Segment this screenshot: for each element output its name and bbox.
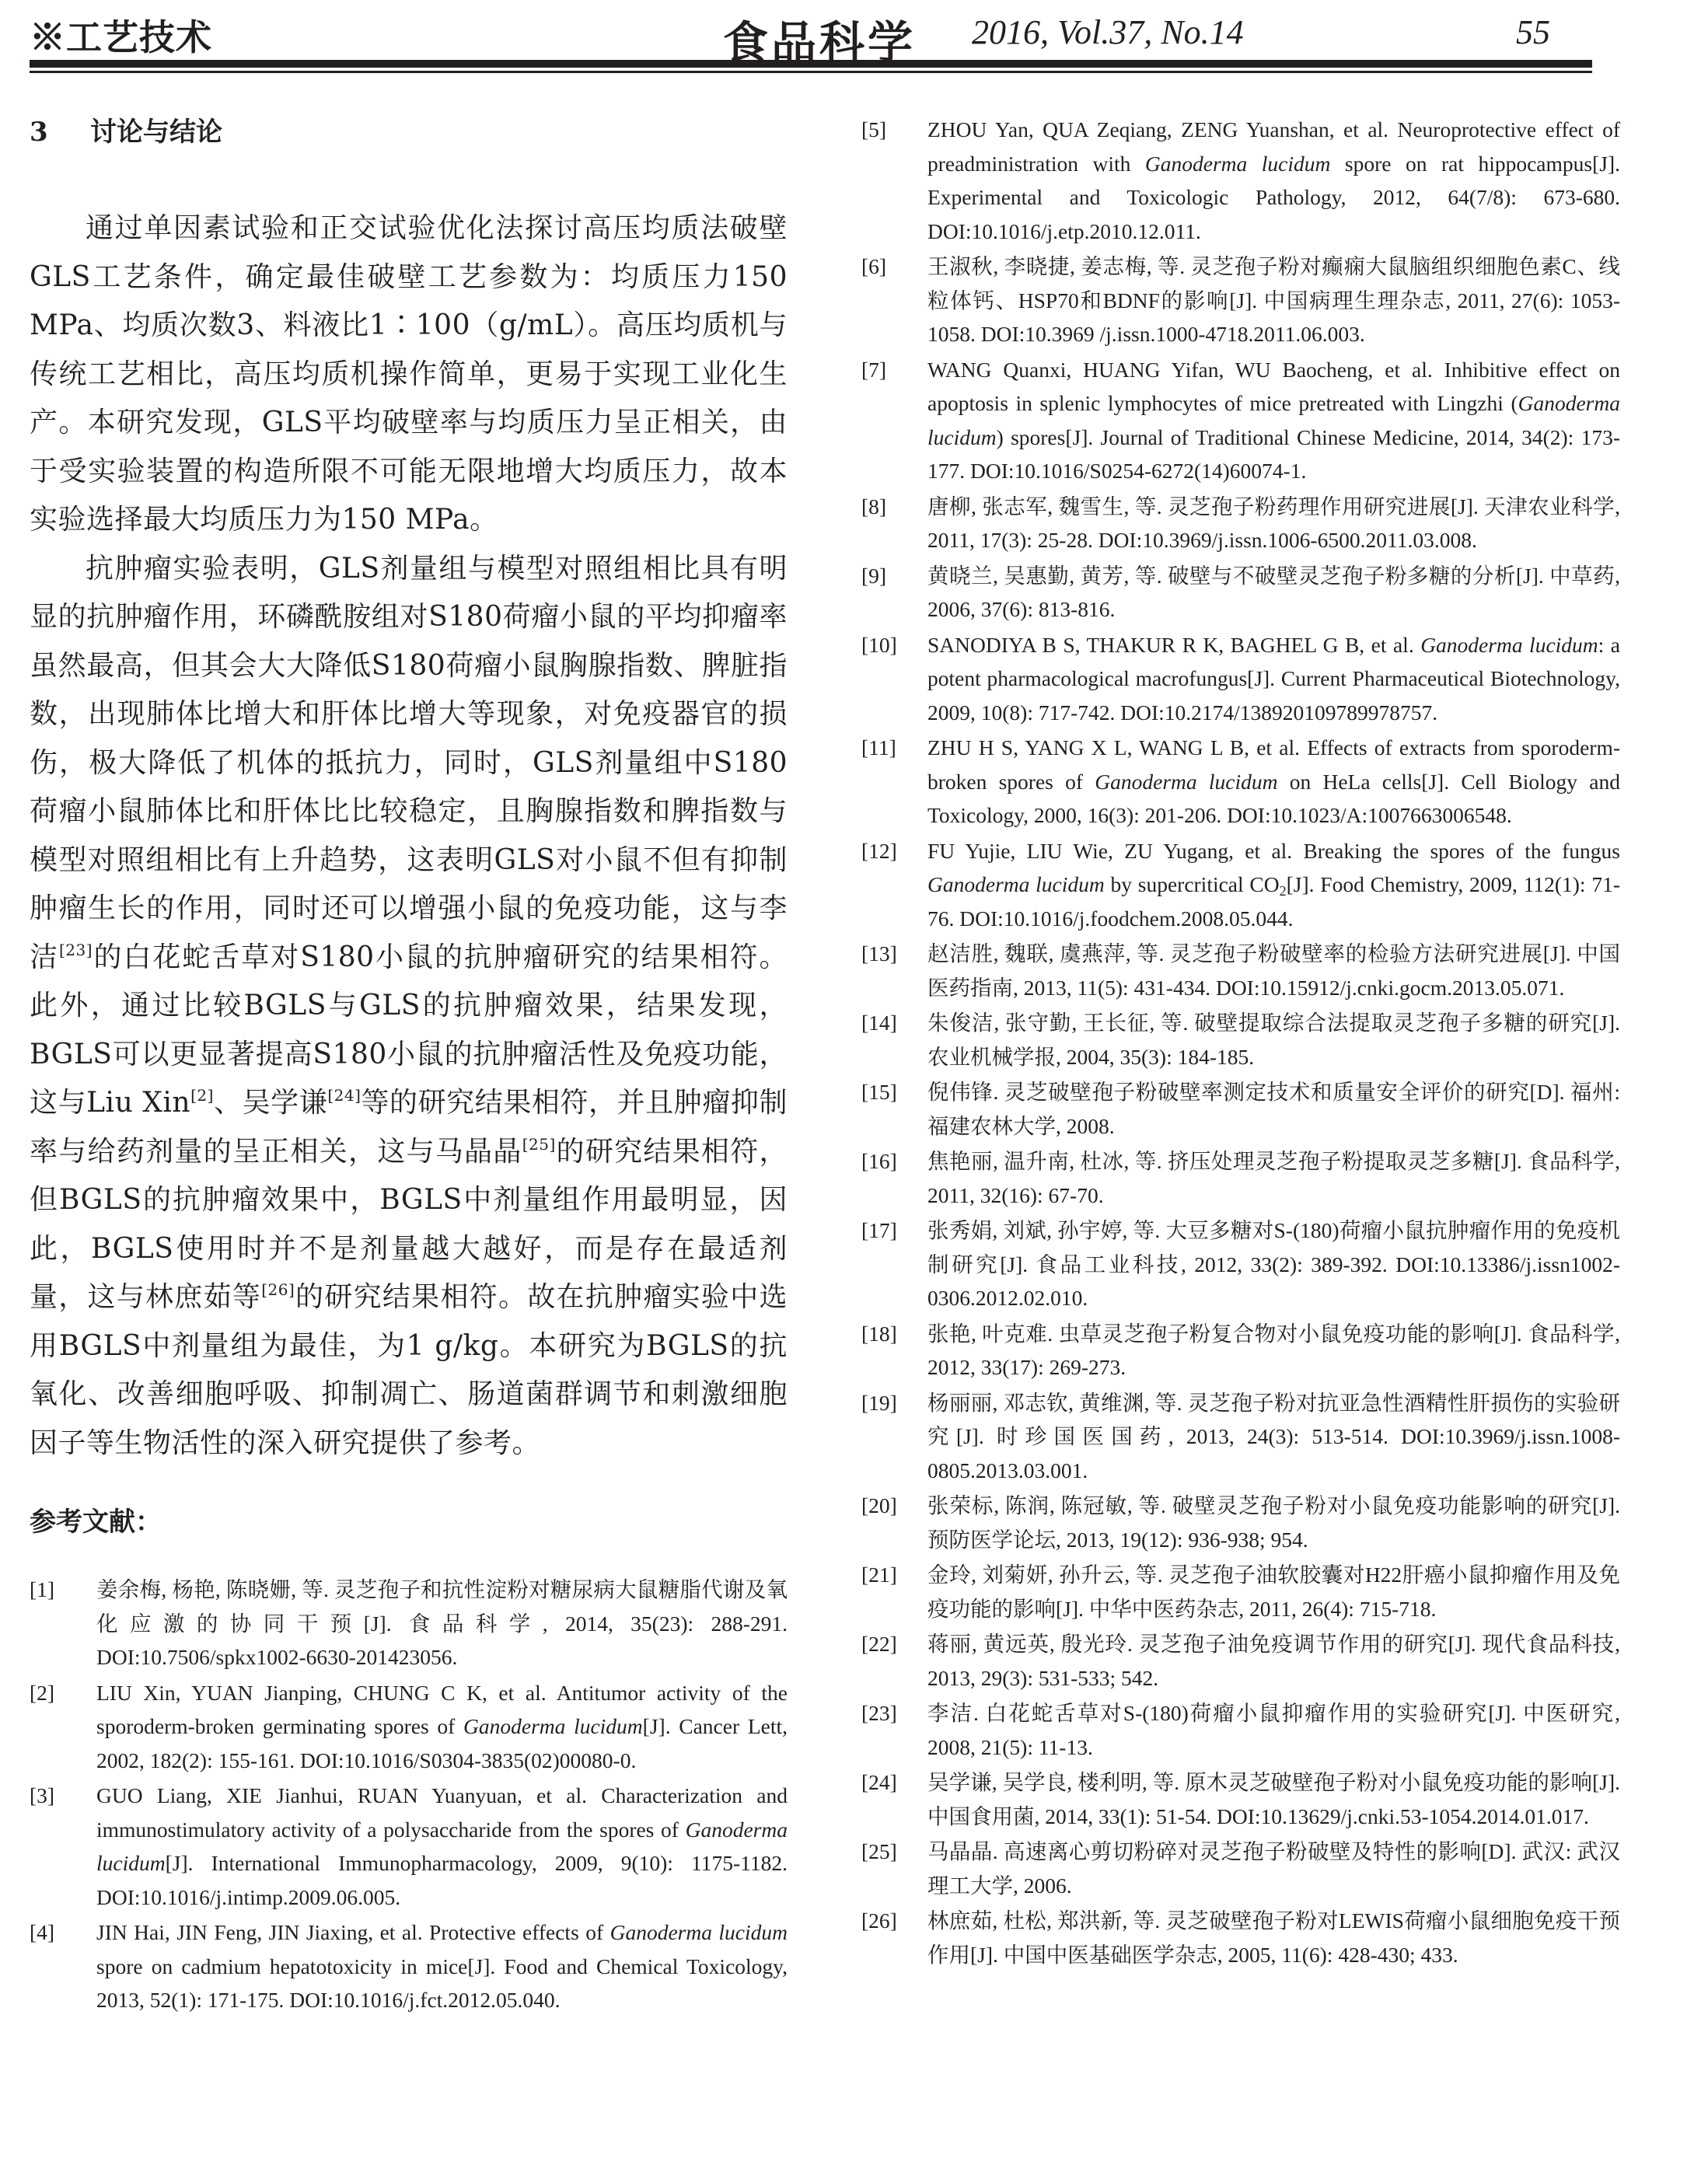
reference-item: [22]蒋丽, 黄远英, 殷光玲. 灵芝孢子油免疫调节作用的研究[J]. 现代食… [861, 1627, 1620, 1695]
reference-item: [18]张艳, 叶克难. 虫草灵芝孢子粉复合物对小鼠免疫功能的影响[J]. 食品… [861, 1317, 1620, 1385]
reference-number: [12] [861, 834, 927, 936]
reference-item: [19]杨丽丽, 邓志钦, 黄维渊, 等. 灵芝孢子粉对抗亚急性酒精性肝损伤的实… [861, 1386, 1620, 1488]
header-rule-thick [30, 60, 1592, 68]
reference-item: [5]ZHOU Yan, QUA Zeqiang, ZENG Yuanshan,… [861, 113, 1620, 248]
right-column: [5]ZHOU Yan, QUA Zeqiang, ZENG Yuanshan,… [861, 113, 1620, 1973]
paragraph-1: 通过单因素试验和正交试验优化法探讨高压均质法破壁GLS工艺条件，确定最佳破壁工艺… [30, 204, 788, 545]
reference-number: [7] [861, 353, 927, 488]
species-name: Ganoderma lucidum [1095, 770, 1277, 794]
reference-segment: WANG Quanxi, HUANG Yifan, WU Baocheng, e… [927, 358, 1620, 416]
species-name: Ganoderma lucidum [463, 1714, 643, 1738]
reference-segment: 林庶茹, 杜松, 郑洪新, 等. 灵芝破壁孢子粉对LEWIS荷瘤小鼠细胞免疫干预… [927, 1908, 1620, 1967]
reference-item: [4]JIN Hai, JIN Feng, JIN Jiaxing, et al… [30, 1915, 788, 2017]
reference-segment: 吴学谦, 吴学良, 楼利明, 等. 原木灵芝破壁孢子粉对小鼠免疫功能的影响[J]… [927, 1770, 1620, 1828]
reference-item: [2]LIU Xin, YUAN Jianping, CHUNG C K, et… [30, 1676, 788, 1778]
reference-text: JIN Hai, JIN Feng, JIN Jiaxing, et al. P… [96, 1915, 788, 2017]
reference-segment: 朱俊洁, 张守勤, 王长征, 等. 破壁提取综合法提取灵芝孢子多糖的研究[J].… [927, 1011, 1620, 1069]
reference-number: [2] [30, 1676, 96, 1778]
reference-number: [23] [861, 1696, 927, 1764]
reference-segment: 王淑秋, 李晓捷, 姜志梅, 等. 灵芝孢子粉对癫痫大鼠脑组织细胞色素C、线粒体… [927, 254, 1620, 346]
reference-item: [25]马晶晶. 高速离心剪切粉碎对灵芝孢子粉破壁及特性的影响[D]. 武汉: … [861, 1835, 1620, 1902]
reference-item: [24]吴学谦, 吴学良, 楼利明, 等. 原木灵芝破壁孢子粉对小鼠免疫功能的影… [861, 1765, 1620, 1833]
reference-item: [6]王淑秋, 李晓捷, 姜志梅, 等. 灵芝孢子粉对癫痫大鼠脑组织细胞色素C、… [861, 250, 1620, 351]
section-label: ※工艺技术 [30, 9, 212, 61]
reference-number: [10] [861, 628, 927, 730]
reference-segment: 焦艳丽, 温升南, 杜冰, 等. 挤压处理灵芝孢子粉提取灵芝多糖[J]. 食品科… [927, 1149, 1620, 1207]
reference-item: [16]焦艳丽, 温升南, 杜冰, 等. 挤压处理灵芝孢子粉提取灵芝多糖[J].… [861, 1144, 1620, 1212]
reference-text: SANODIYA B S, THAKUR R K, BAGHEL G B, et… [927, 628, 1620, 730]
reference-number: [3] [30, 1779, 96, 1914]
reference-text: 王淑秋, 李晓捷, 姜志梅, 等. 灵芝孢子粉对癫痫大鼠脑组织细胞色素C、线粒体… [927, 250, 1620, 351]
subscript: 2 [1280, 883, 1287, 899]
reference-item: [7]WANG Quanxi, HUANG Yifan, WU Baocheng… [861, 353, 1620, 488]
reference-item: [13]赵洁胜, 魏联, 虞燕萍, 等. 灵芝孢子粉破壁率的检验方法研究进展[J… [861, 937, 1620, 1004]
reference-item: [21]金玲, 刘菊妍, 孙升云, 等. 灵芝孢子油软胶囊对H22肝癌小鼠抑瘤作… [861, 1558, 1620, 1626]
reference-number: [25] [861, 1835, 927, 1902]
references-heading: 参考文献： [30, 1499, 788, 1545]
reference-segment: by supercritical CO [1105, 872, 1280, 896]
reference-number: [5] [861, 113, 927, 248]
reference-segment: 唐柳, 张志军, 魏雪生, 等. 灵芝孢子粉药理作用研究进展[J]. 天津农业科… [927, 494, 1620, 553]
reference-item: [26]林庶茹, 杜松, 郑洪新, 等. 灵芝破壁孢子粉对LEWIS荷瘤小鼠细胞… [861, 1904, 1620, 1971]
reference-list-right: [5]ZHOU Yan, QUA Zeqiang, ZENG Yuanshan,… [861, 113, 1620, 1971]
reference-segment: FU Yujie, LIU Wie, ZU Yugang, et al. Bre… [927, 839, 1620, 863]
reference-number: [20] [861, 1489, 927, 1556]
reference-segment: 张秀娟, 刘斌, 孙宇婷, 等. 大豆多糖对S-(180)荷瘤小鼠抗肿瘤作用的免… [927, 1218, 1620, 1310]
reference-text: 吴学谦, 吴学良, 楼利明, 等. 原木灵芝破壁孢子粉对小鼠免疫功能的影响[J]… [927, 1765, 1620, 1833]
reference-text: 金玲, 刘菊妍, 孙升云, 等. 灵芝孢子油软胶囊对H22肝癌小鼠抑瘤作用及免疫… [927, 1558, 1620, 1626]
reference-number: [8] [861, 490, 927, 557]
reference-segment: 李洁. 白花蛇舌草对S-(180)荷瘤小鼠抑瘤作用的实验研究[J]. 中医研究,… [927, 1701, 1620, 1759]
reference-number: [4] [30, 1915, 96, 2017]
reference-segment: 马晶晶. 高速离心剪切粉碎对灵芝孢子粉破壁及特性的影响[D]. 武汉: 武汉理工… [927, 1839, 1620, 1898]
reference-text: GUO Liang, XIE Jianhui, RUAN Yuanyuan, e… [96, 1779, 788, 1914]
reference-number: [14] [861, 1006, 927, 1074]
reference-number: [13] [861, 937, 927, 1004]
reference-text: 林庶茹, 杜松, 郑洪新, 等. 灵芝破壁孢子粉对LEWIS荷瘤小鼠细胞免疫干预… [927, 1904, 1620, 1971]
reference-item: [8]唐柳, 张志军, 魏雪生, 等. 灵芝孢子粉药理作用研究进展[J]. 天津… [861, 490, 1620, 557]
reference-item: [20]张荣标, 陈润, 陈冠敏, 等. 破壁灵芝孢子粉对小鼠免疫功能影响的研究… [861, 1489, 1620, 1556]
reference-number: [18] [861, 1317, 927, 1385]
reference-segment: 杨丽丽, 邓志钦, 黄维渊, 等. 灵芝孢子粉对抗亚急性酒精性肝损伤的实验研究[… [927, 1391, 1620, 1482]
reference-number: [26] [861, 1904, 927, 1971]
reference-segment: 姜余梅, 杨艳, 陈晓姗, 等. 灵芝孢子和抗性淀粉对糖尿病大鼠糖脂代谢及氧化应… [96, 1577, 788, 1669]
reference-text: 唐柳, 张志军, 魏雪生, 等. 灵芝孢子粉药理作用研究进展[J]. 天津农业科… [927, 490, 1620, 557]
species-name: Ganoderma lucidum [610, 1920, 788, 1944]
reference-number: [11] [861, 731, 927, 833]
reference-segment: SANODIYA B S, THAKUR R K, BAGHEL G B, et… [927, 633, 1420, 657]
reference-item: [11]ZHU H S, YANG X L, WANG L B, et al. … [861, 731, 1620, 833]
page-number: 55 [1516, 12, 1550, 52]
reference-number: [6] [861, 250, 927, 351]
reference-number: [16] [861, 1144, 927, 1212]
header-rule-thin [30, 71, 1592, 73]
reference-segment: 倪伟锋. 灵芝破壁孢子粉破壁率测定技术和质量安全评价的研究[D]. 福州: 福建… [927, 1080, 1620, 1138]
issue-info: 2016, Vol.37, No.14 [972, 12, 1244, 52]
species-name: Ganoderma lucidum [927, 872, 1105, 896]
reference-item: [15]倪伟锋. 灵芝破壁孢子粉破壁率测定技术和质量安全评价的研究[D]. 福州… [861, 1075, 1620, 1143]
section-number: 3 [30, 109, 90, 155]
reference-segment: [J]. International Immunopharmacology, 2… [96, 1851, 788, 1909]
reference-item: [9]黄晓兰, 吴惠勤, 黄芳, 等. 破壁与不破壁灵芝孢子粉多糖的分析[J].… [861, 559, 1620, 627]
reference-list-left: [1]姜余梅, 杨艳, 陈晓姗, 等. 灵芝孢子和抗性淀粉对糖尿病大鼠糖脂代谢及… [30, 1573, 788, 2017]
reference-text: LIU Xin, YUAN Jianping, CHUNG C K, et al… [96, 1676, 788, 1778]
reference-segment: 金玲, 刘菊妍, 孙升云, 等. 灵芝孢子油软胶囊对H22肝癌小鼠抑瘤作用及免疫… [927, 1563, 1620, 1621]
reference-text: ZHOU Yan, QUA Zeqiang, ZENG Yuanshan, et… [927, 113, 1620, 248]
species-name: Ganoderma lucidum [1420, 633, 1598, 657]
reference-text: 马晶晶. 高速离心剪切粉碎对灵芝孢子粉破壁及特性的影响[D]. 武汉: 武汉理工… [927, 1835, 1620, 1902]
reference-number: [15] [861, 1075, 927, 1143]
reference-text: 杨丽丽, 邓志钦, 黄维渊, 等. 灵芝孢子粉对抗亚急性酒精性肝损伤的实验研究[… [927, 1386, 1620, 1488]
reference-segment: JIN Hai, JIN Feng, JIN Jiaxing, et al. P… [96, 1920, 610, 1944]
reference-number: [24] [861, 1765, 927, 1833]
paragraph-2: 抗肿瘤实验表明，GLS剂量组与模型对照组相比具有明显的抗肿瘤作用，环磷酰胺组对S… [30, 545, 788, 1468]
reference-text: 朱俊洁, 张守勤, 王长征, 等. 破壁提取综合法提取灵芝孢子多糖的研究[J].… [927, 1006, 1620, 1074]
reference-item: [14]朱俊洁, 张守勤, 王长征, 等. 破壁提取综合法提取灵芝孢子多糖的研究… [861, 1006, 1620, 1074]
reference-text: 焦艳丽, 温升南, 杜冰, 等. 挤压处理灵芝孢子粉提取灵芝多糖[J]. 食品科… [927, 1144, 1620, 1212]
reference-text: 姜余梅, 杨艳, 陈晓姗, 等. 灵芝孢子和抗性淀粉对糖尿病大鼠糖脂代谢及氧化应… [96, 1573, 788, 1674]
reference-item: [3]GUO Liang, XIE Jianhui, RUAN Yuanyuan… [30, 1779, 788, 1914]
reference-text: 蒋丽, 黄远英, 殷光玲. 灵芝孢子油免疫调节作用的研究[J]. 现代食品科技,… [927, 1627, 1620, 1695]
reference-segment: spore on cadmium hepatotoxicity in mice[… [96, 1954, 788, 2013]
reference-item: [23]李洁. 白花蛇舌草对S-(180)荷瘤小鼠抑瘤作用的实验研究[J]. 中… [861, 1696, 1620, 1764]
reference-segment: 赵洁胜, 魏联, 虞燕萍, 等. 灵芝孢子粉破壁率的检验方法研究进展[J]. 中… [927, 941, 1620, 1000]
section-heading: 3讨论与结论 [30, 109, 788, 155]
citation: [23] [59, 941, 93, 959]
citation: [26] [261, 1280, 295, 1299]
citation: [2] [190, 1086, 214, 1105]
reference-segment: 张艳, 叶克难. 虫草灵芝孢子粉复合物对小鼠免疫功能的影响[J]. 食品科学, … [927, 1322, 1620, 1380]
reference-segment: 张荣标, 陈润, 陈冠敏, 等. 破壁灵芝孢子粉对小鼠免疫功能影响的研究[J].… [927, 1493, 1620, 1552]
reference-number: [1] [30, 1573, 96, 1674]
reference-item: [12]FU Yujie, LIU Wie, ZU Yugang, et al.… [861, 834, 1620, 936]
reference-number: [19] [861, 1386, 927, 1488]
reference-text: 倪伟锋. 灵芝破壁孢子粉破壁率测定技术和质量安全评价的研究[D]. 福州: 福建… [927, 1075, 1620, 1143]
reference-number: [17] [861, 1213, 927, 1315]
species-name: Ganoderma lucidum [1145, 152, 1330, 176]
reference-text: 黄晓兰, 吴惠勤, 黄芳, 等. 破壁与不破壁灵芝孢子粉多糖的分析[J]. 中草… [927, 559, 1620, 627]
reference-number: [9] [861, 559, 927, 627]
reference-text: WANG Quanxi, HUANG Yifan, WU Baocheng, e… [927, 353, 1620, 488]
reference-segment: GUO Liang, XIE Jianhui, RUAN Yuanyuan, e… [96, 1783, 788, 1842]
reference-text: 赵洁胜, 魏联, 虞燕萍, 等. 灵芝孢子粉破壁率的检验方法研究进展[J]. 中… [927, 937, 1620, 1004]
reference-text: 张荣标, 陈润, 陈冠敏, 等. 破壁灵芝孢子粉对小鼠免疫功能影响的研究[J].… [927, 1489, 1620, 1556]
reference-text: 张秀娟, 刘斌, 孙宇婷, 等. 大豆多糖对S-(180)荷瘤小鼠抗肿瘤作用的免… [927, 1213, 1620, 1315]
reference-segment: 蒋丽, 黄远英, 殷光玲. 灵芝孢子油免疫调节作用的研究[J]. 现代食品科技,… [927, 1632, 1620, 1690]
citation: [25] [522, 1135, 556, 1154]
citation: [24] [327, 1086, 361, 1105]
reference-text: 张艳, 叶克难. 虫草灵芝孢子粉复合物对小鼠免疫功能的影响[J]. 食品科学, … [927, 1317, 1620, 1385]
reference-number: [21] [861, 1558, 927, 1626]
reference-item: [10]SANODIYA B S, THAKUR R K, BAGHEL G B… [861, 628, 1620, 730]
section-title: 讨论与结论 [90, 117, 222, 148]
reference-number: [22] [861, 1627, 927, 1695]
reference-text: 李洁. 白花蛇舌草对S-(180)荷瘤小鼠抑瘤作用的实验研究[J]. 中医研究,… [927, 1696, 1620, 1764]
reference-text: ZHU H S, YANG X L, WANG L B, et al. Effe… [927, 731, 1620, 833]
reference-segment: 黄晓兰, 吴惠勤, 黄芳, 等. 破壁与不破壁灵芝孢子粉多糖的分析[J]. 中草… [927, 564, 1620, 622]
reference-item: [1]姜余梅, 杨艳, 陈晓姗, 等. 灵芝孢子和抗性淀粉对糖尿病大鼠糖脂代谢及… [30, 1573, 788, 1674]
reference-text: FU Yujie, LIU Wie, ZU Yugang, et al. Bre… [927, 834, 1620, 936]
left-column: 3讨论与结论 通过单因素试验和正交试验优化法探讨高压均质法破壁GLS工艺条件，确… [30, 109, 788, 2019]
reference-item: [17]张秀娟, 刘斌, 孙宇婷, 等. 大豆多糖对S-(180)荷瘤小鼠抗肿瘤… [861, 1213, 1620, 1315]
reference-segment: ) spores[J]. Journal of Traditional Chin… [927, 425, 1620, 484]
